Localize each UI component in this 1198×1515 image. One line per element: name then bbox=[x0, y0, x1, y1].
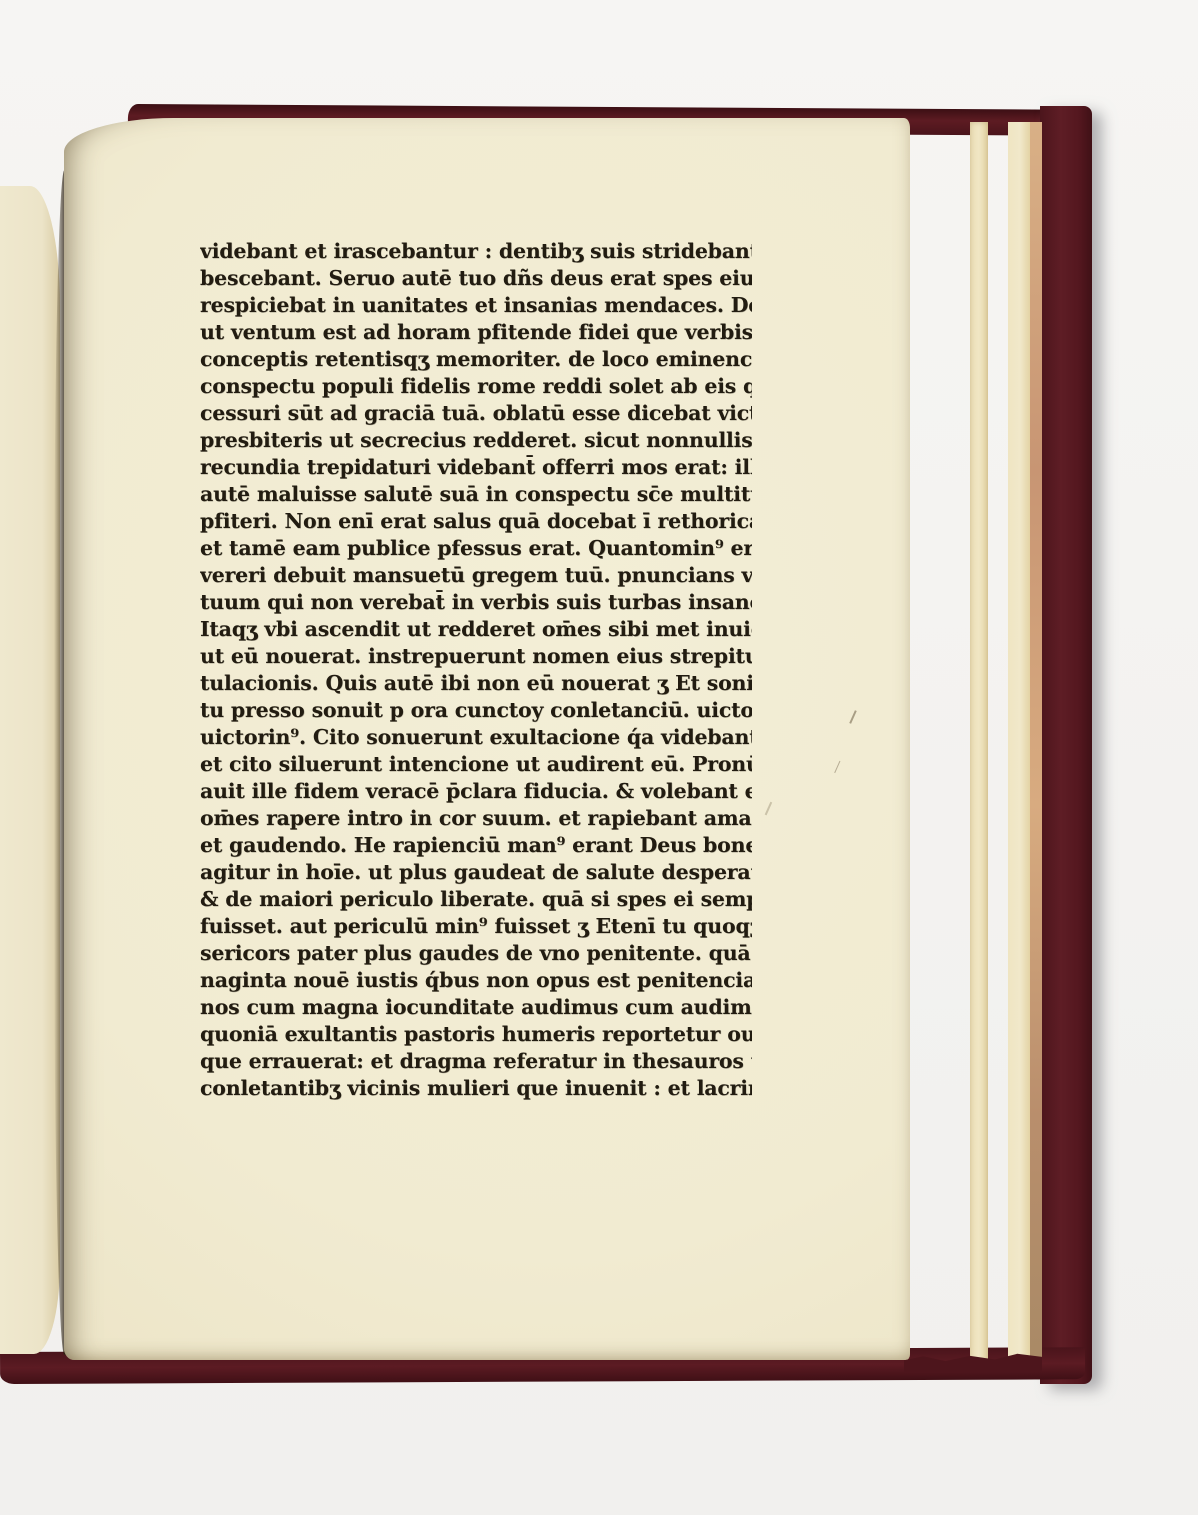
text-line: ut eū nouerat. instrepuerunt nomen eius … bbox=[200, 643, 752, 670]
text-line: conceptis retentisqʒ memoriter. de loco … bbox=[200, 346, 752, 373]
text-line: conspectu populi fidelis rome reddi sole… bbox=[200, 373, 752, 400]
text-line: conletantibʒ vicinis mulieri que inuenit… bbox=[200, 1075, 752, 1102]
text-line: ut ventum est ad horam pfitende fidei qu… bbox=[200, 319, 752, 346]
photo-background: videbant et irascebantur : dentibʒ suis … bbox=[0, 0, 1198, 1515]
text-line: fuisset. aut periculū min⁹ fuisset ʒ Ete… bbox=[200, 913, 752, 940]
text-line: presbiteris ut secrecius redderet. sicut… bbox=[200, 427, 752, 454]
text-line: que errauerat: et dragma referatur in th… bbox=[200, 1048, 752, 1075]
text-line: uictorin⁹. Cito sonuerunt exultacione q́… bbox=[200, 724, 752, 751]
fore-edge-page-stack bbox=[904, 122, 1042, 1364]
text-line: bescebant. Seruo autē tuo dñs deus erat … bbox=[200, 265, 752, 292]
book-cover-right-board bbox=[1040, 106, 1092, 1384]
text-line: autē maluisse salutē suā in conspectu sc… bbox=[200, 481, 752, 508]
printed-text-block: videbant et irascebantur : dentibʒ suis … bbox=[200, 238, 752, 1102]
text-line: agitur in hoīe. ut plus gaudeat de salut… bbox=[200, 859, 752, 886]
text-line: et gaudendo. He rapienciū man⁹ erant Deu… bbox=[200, 832, 752, 859]
text-line: videbant et irascebantur : dentibʒ suis … bbox=[200, 238, 752, 265]
fore-edge-light-band bbox=[970, 122, 988, 1364]
text-line: naginta nouē iustis q́bus non opus est p… bbox=[200, 967, 752, 994]
text-line: respiciebat in uanitates et insanias men… bbox=[200, 292, 752, 319]
text-line: tulacionis. Quis autē ibi non eū nouerat… bbox=[200, 670, 752, 697]
text-line: nos cum magna iocunditate audimus cum au… bbox=[200, 994, 752, 1021]
text-line: vereri debuit mansuetū gregem tuū. pnunc… bbox=[200, 562, 752, 589]
text-line: pfiteri. Non enī erat salus quā docebat … bbox=[200, 508, 752, 535]
text-line: recundia trepidaturi videbant̄ offerri m… bbox=[200, 454, 752, 481]
text-line: et tamē eam publice pfessus erat. Quanto… bbox=[200, 535, 752, 562]
text-line: tu presso sonuit p ora cunctoy conletanc… bbox=[200, 697, 752, 724]
text-line: om̄es rapere intro in cor suum. et rapie… bbox=[200, 805, 752, 832]
text-line: sericors pater plus gaudes de vno penite… bbox=[200, 940, 752, 967]
text-line: auit ille fidem veracē p̄clara fiducia. … bbox=[200, 778, 752, 805]
fore-edge-cream-band bbox=[1008, 122, 1030, 1364]
text-line: tuum qui non verebat̄ in verbis suis tur… bbox=[200, 589, 752, 616]
fore-edge-endpaper-band bbox=[1030, 122, 1042, 1364]
facing-page-sliver bbox=[0, 186, 60, 1354]
text-line: quoniā exultantis pastoris humeris repor… bbox=[200, 1021, 752, 1048]
text-line: et cito siluerunt intencione ut audirent… bbox=[200, 751, 752, 778]
text-line: Itaqʒ vbi ascendit ut redderet om̄es sib… bbox=[200, 616, 752, 643]
text-line: & de maiori periculo liberate. quā si sp… bbox=[200, 886, 752, 913]
text-line: cessuri sūt ad graciā tuā. oblatū esse d… bbox=[200, 400, 752, 427]
